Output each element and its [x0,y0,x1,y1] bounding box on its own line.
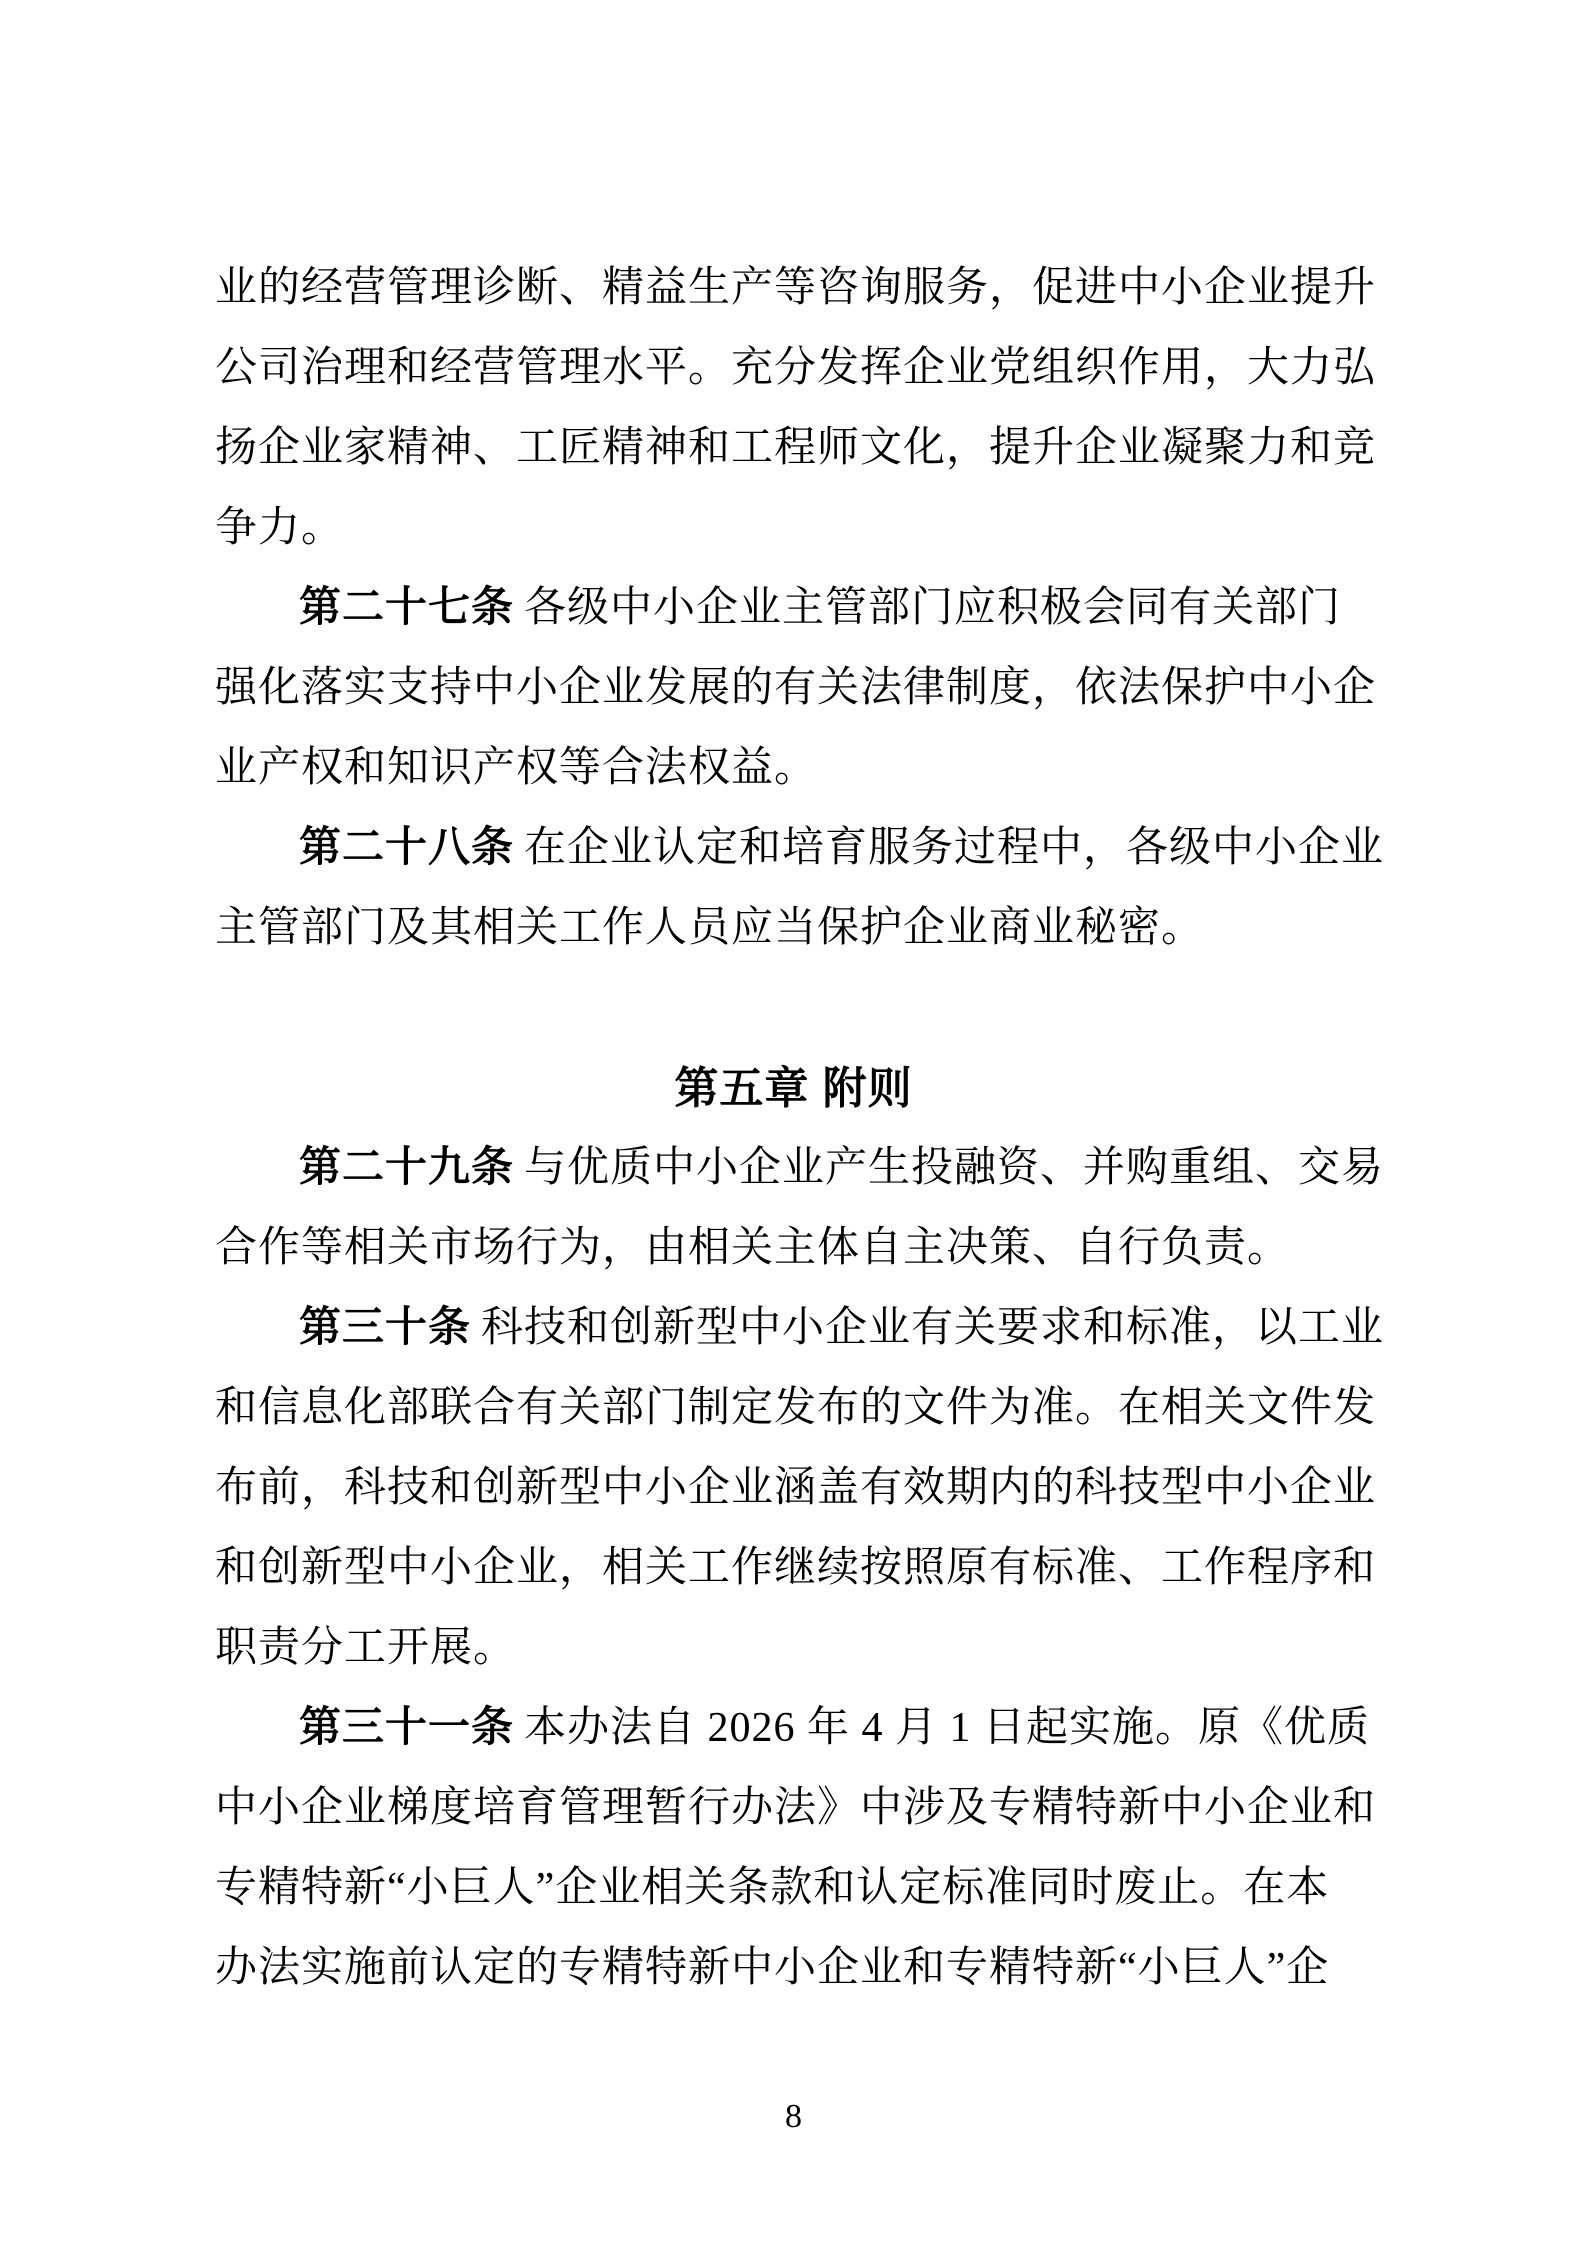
doc-line-article-27: 第二十七条 各级中小企业主管部门应积极会同有关部门 [215,564,1372,644]
doc-line: 公司治理和经营管理水平。充分发挥企业党组织作用，大力弘 [215,324,1372,404]
line-text: 与优质中小企业产生投融资、并购重组、交易 [524,1134,1384,1194]
doc-line-article-29: 第二十九条 与优质中小企业产生投融资、并购重组、交易 [215,1124,1372,1204]
line-text: 专精特新“小巨人”企业相关条款和认定标准同时废止。在本 [215,1854,1329,1914]
doc-line: 争力。 [215,484,1372,564]
doc-line: 专精特新“小巨人”企业相关条款和认定标准同时废止。在本 [215,1844,1372,1924]
document-body: 业的经营管理诊断、精益生产等咨询服务，促进中小企业提升 公司治理和经营管理水平。… [215,244,1372,2004]
line-text: 职责分工开展。 [215,1614,516,1674]
article-number: 第三十一条 [299,1694,514,1754]
line-text: 科技和创新型中小企业有关要求和标准，以工业 [481,1294,1384,1354]
line-text: 争力。 [215,494,344,554]
blank-line [215,964,1372,1044]
line-text: 业产权和知识产权等合法权益。 [215,734,817,794]
doc-line: 主管部门及其相关工作人员应当保护企业商业秘密。 [215,884,1372,964]
doc-line: 扬企业家精神、工匠精神和工程师文化，提升企业凝聚力和竞 [215,404,1372,484]
line-text: 办法实施前认定的专精特新中小企业和专精特新“小巨人”企 [215,1934,1329,1994]
doc-line-article-31: 第三十一条 本办法自 2026 年 4 月 1 日起实施。原《优质 [215,1684,1372,1764]
line-text: 本办法自 2026 年 4 月 1 日起实施。原《优质 [524,1694,1370,1754]
article-number: 第二十八条 [299,814,514,874]
line-text: 中小企业梯度培育管理暂行办法》中涉及专精特新中小企业和 [215,1774,1376,1834]
line-text: 强化落实支持中小企业发展的有关法律制度，依法保护中小企 [215,654,1376,714]
line-text: 主管部门及其相关工作人员应当保护企业商业秘密。 [215,894,1204,954]
line-text: 各级中小企业主管部门应积极会同有关部门 [524,574,1341,634]
page-number: 8 [0,2098,1587,2136]
chapter-heading-text: 第五章 附则 [674,1052,912,1116]
doc-line: 业的经营管理诊断、精益生产等咨询服务，促进中小企业提升 [215,244,1372,324]
line-text: 合作等相关市场行为，由相关主体自主决策、自行负责。 [215,1214,1290,1274]
article-number: 第三十条 [299,1294,471,1354]
doc-line: 业产权和知识产权等合法权益。 [215,724,1372,804]
doc-line-article-30: 第三十条 科技和创新型中小企业有关要求和标准，以工业 [215,1284,1372,1364]
doc-line: 强化落实支持中小企业发展的有关法律制度，依法保护中小企 [215,644,1372,724]
doc-line: 合作等相关市场行为，由相关主体自主决策、自行负责。 [215,1204,1372,1284]
document-page: 业的经营管理诊断、精益生产等咨询服务，促进中小企业提升 公司治理和经营管理水平。… [0,0,1587,2245]
doc-line: 和创新型中小企业，相关工作继续按照原有标准、工作程序和 [215,1524,1372,1604]
line-text: 业的经营管理诊断、精益生产等咨询服务，促进中小企业提升 [215,254,1376,314]
line-text: 和创新型中小企业，相关工作继续按照原有标准、工作程序和 [215,1534,1376,1594]
line-text: 在企业认定和培育服务过程中，各级中小企业 [524,814,1384,874]
article-number: 第二十七条 [299,574,514,634]
doc-line: 办法实施前认定的专精特新中小企业和专精特新“小巨人”企 [215,1924,1372,2004]
line-text: 扬企业家精神、工匠精神和工程师文化，提升企业凝聚力和竞 [215,414,1376,474]
line-text: 和信息化部联合有关部门制定发布的文件为准。在相关文件发 [215,1374,1376,1434]
doc-line: 布前，科技和创新型中小企业涵盖有效期内的科技型中小企业 [215,1444,1372,1524]
line-text: 布前，科技和创新型中小企业涵盖有效期内的科技型中小企业 [215,1454,1376,1514]
doc-line: 和信息化部联合有关部门制定发布的文件为准。在相关文件发 [215,1364,1372,1444]
doc-line: 职责分工开展。 [215,1604,1372,1684]
article-number: 第二十九条 [299,1134,514,1194]
doc-line-article-28: 第二十八条 在企业认定和培育服务过程中，各级中小企业 [215,804,1372,884]
doc-line: 中小企业梯度培育管理暂行办法》中涉及专精特新中小企业和 [215,1764,1372,1844]
line-text: 公司治理和经营管理水平。充分发挥企业党组织作用，大力弘 [215,334,1376,394]
chapter-heading: 第五章 附则 [215,1044,1372,1124]
